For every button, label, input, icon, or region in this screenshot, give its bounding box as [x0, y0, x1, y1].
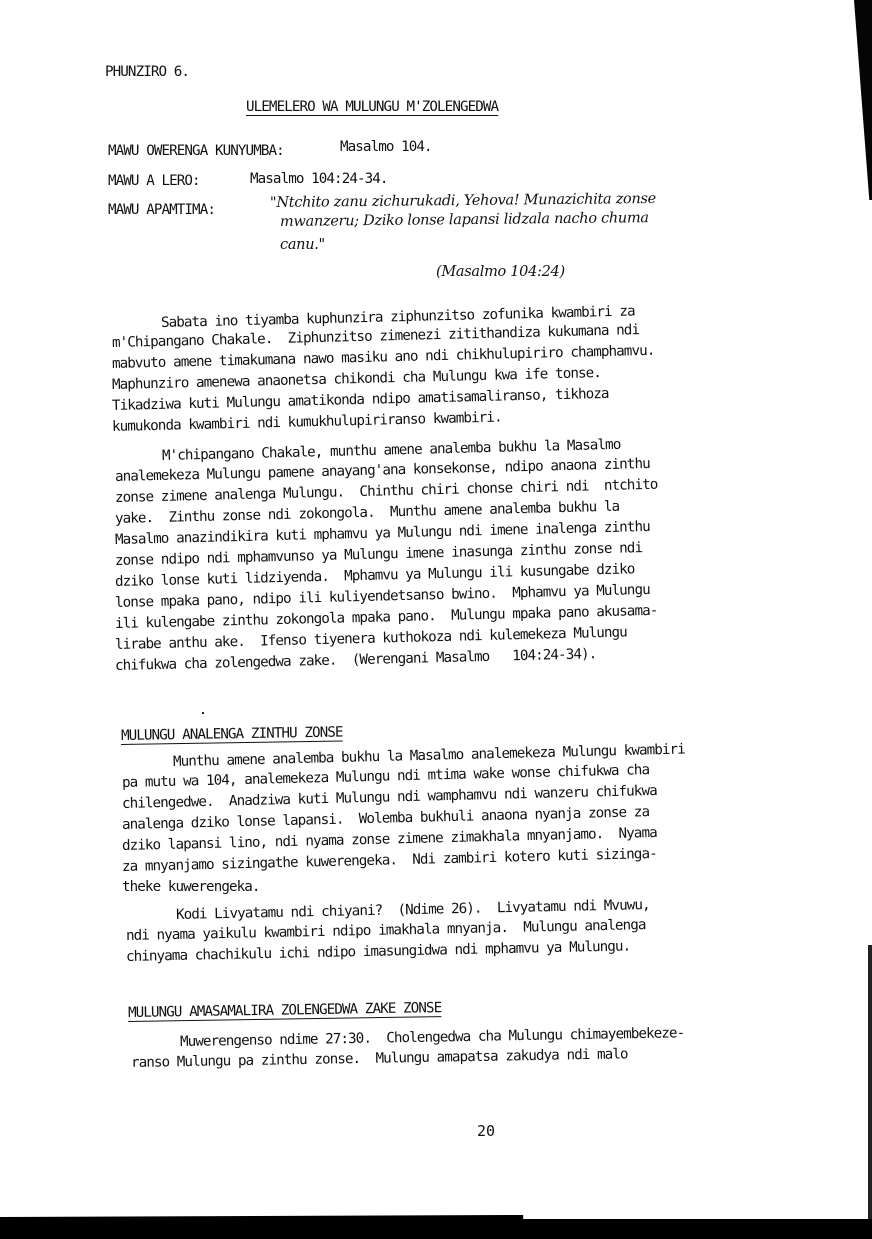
home-reading-value: Masalmo 104.	[340, 137, 432, 157]
paragraph-line: theke kuwerengeka.	[122, 877, 260, 897]
memory-verse-line: canu."	[280, 235, 325, 255]
scan-shadow-edge	[868, 945, 872, 1225]
section-heading: MULUNGU ANALENGA ZINTHU ZONSE	[121, 723, 343, 746]
scanned-page: PHUNZIRO 6. ULEMELERO WA MULUNGU M'ZOLEN…	[0, 0, 872, 1239]
section-heading: MULUNGU AMASAMALIRA ZOLENGEDWA ZAKE ZONS…	[128, 998, 442, 1023]
page-title: ULEMELERO WA MULUNGU M'ZOLENGEDWA	[246, 97, 498, 117]
memory-verse-label: MAWU APAMTIMA:	[108, 200, 215, 220]
scan-shadow-edge	[854, 0, 872, 200]
home-reading-label: MAWU OWERENGA KUNYUMBA:	[108, 141, 284, 161]
page-number: 20	[477, 1122, 495, 1140]
lesson-label: PHUNZIRO 6.	[105, 62, 189, 82]
scan-shadow-edge	[0, 1213, 872, 1239]
memory-verse-line: mwanzeru; Dziko lonse lapansi lidzala na…	[280, 208, 649, 232]
speck-mark	[202, 712, 204, 714]
today-reading-label: MAWU A LERO:	[108, 171, 200, 191]
memory-verse-reference: (Masalmo 104:24)	[436, 262, 565, 282]
today-reading-value: Masalmo 104:24-34.	[250, 169, 388, 189]
